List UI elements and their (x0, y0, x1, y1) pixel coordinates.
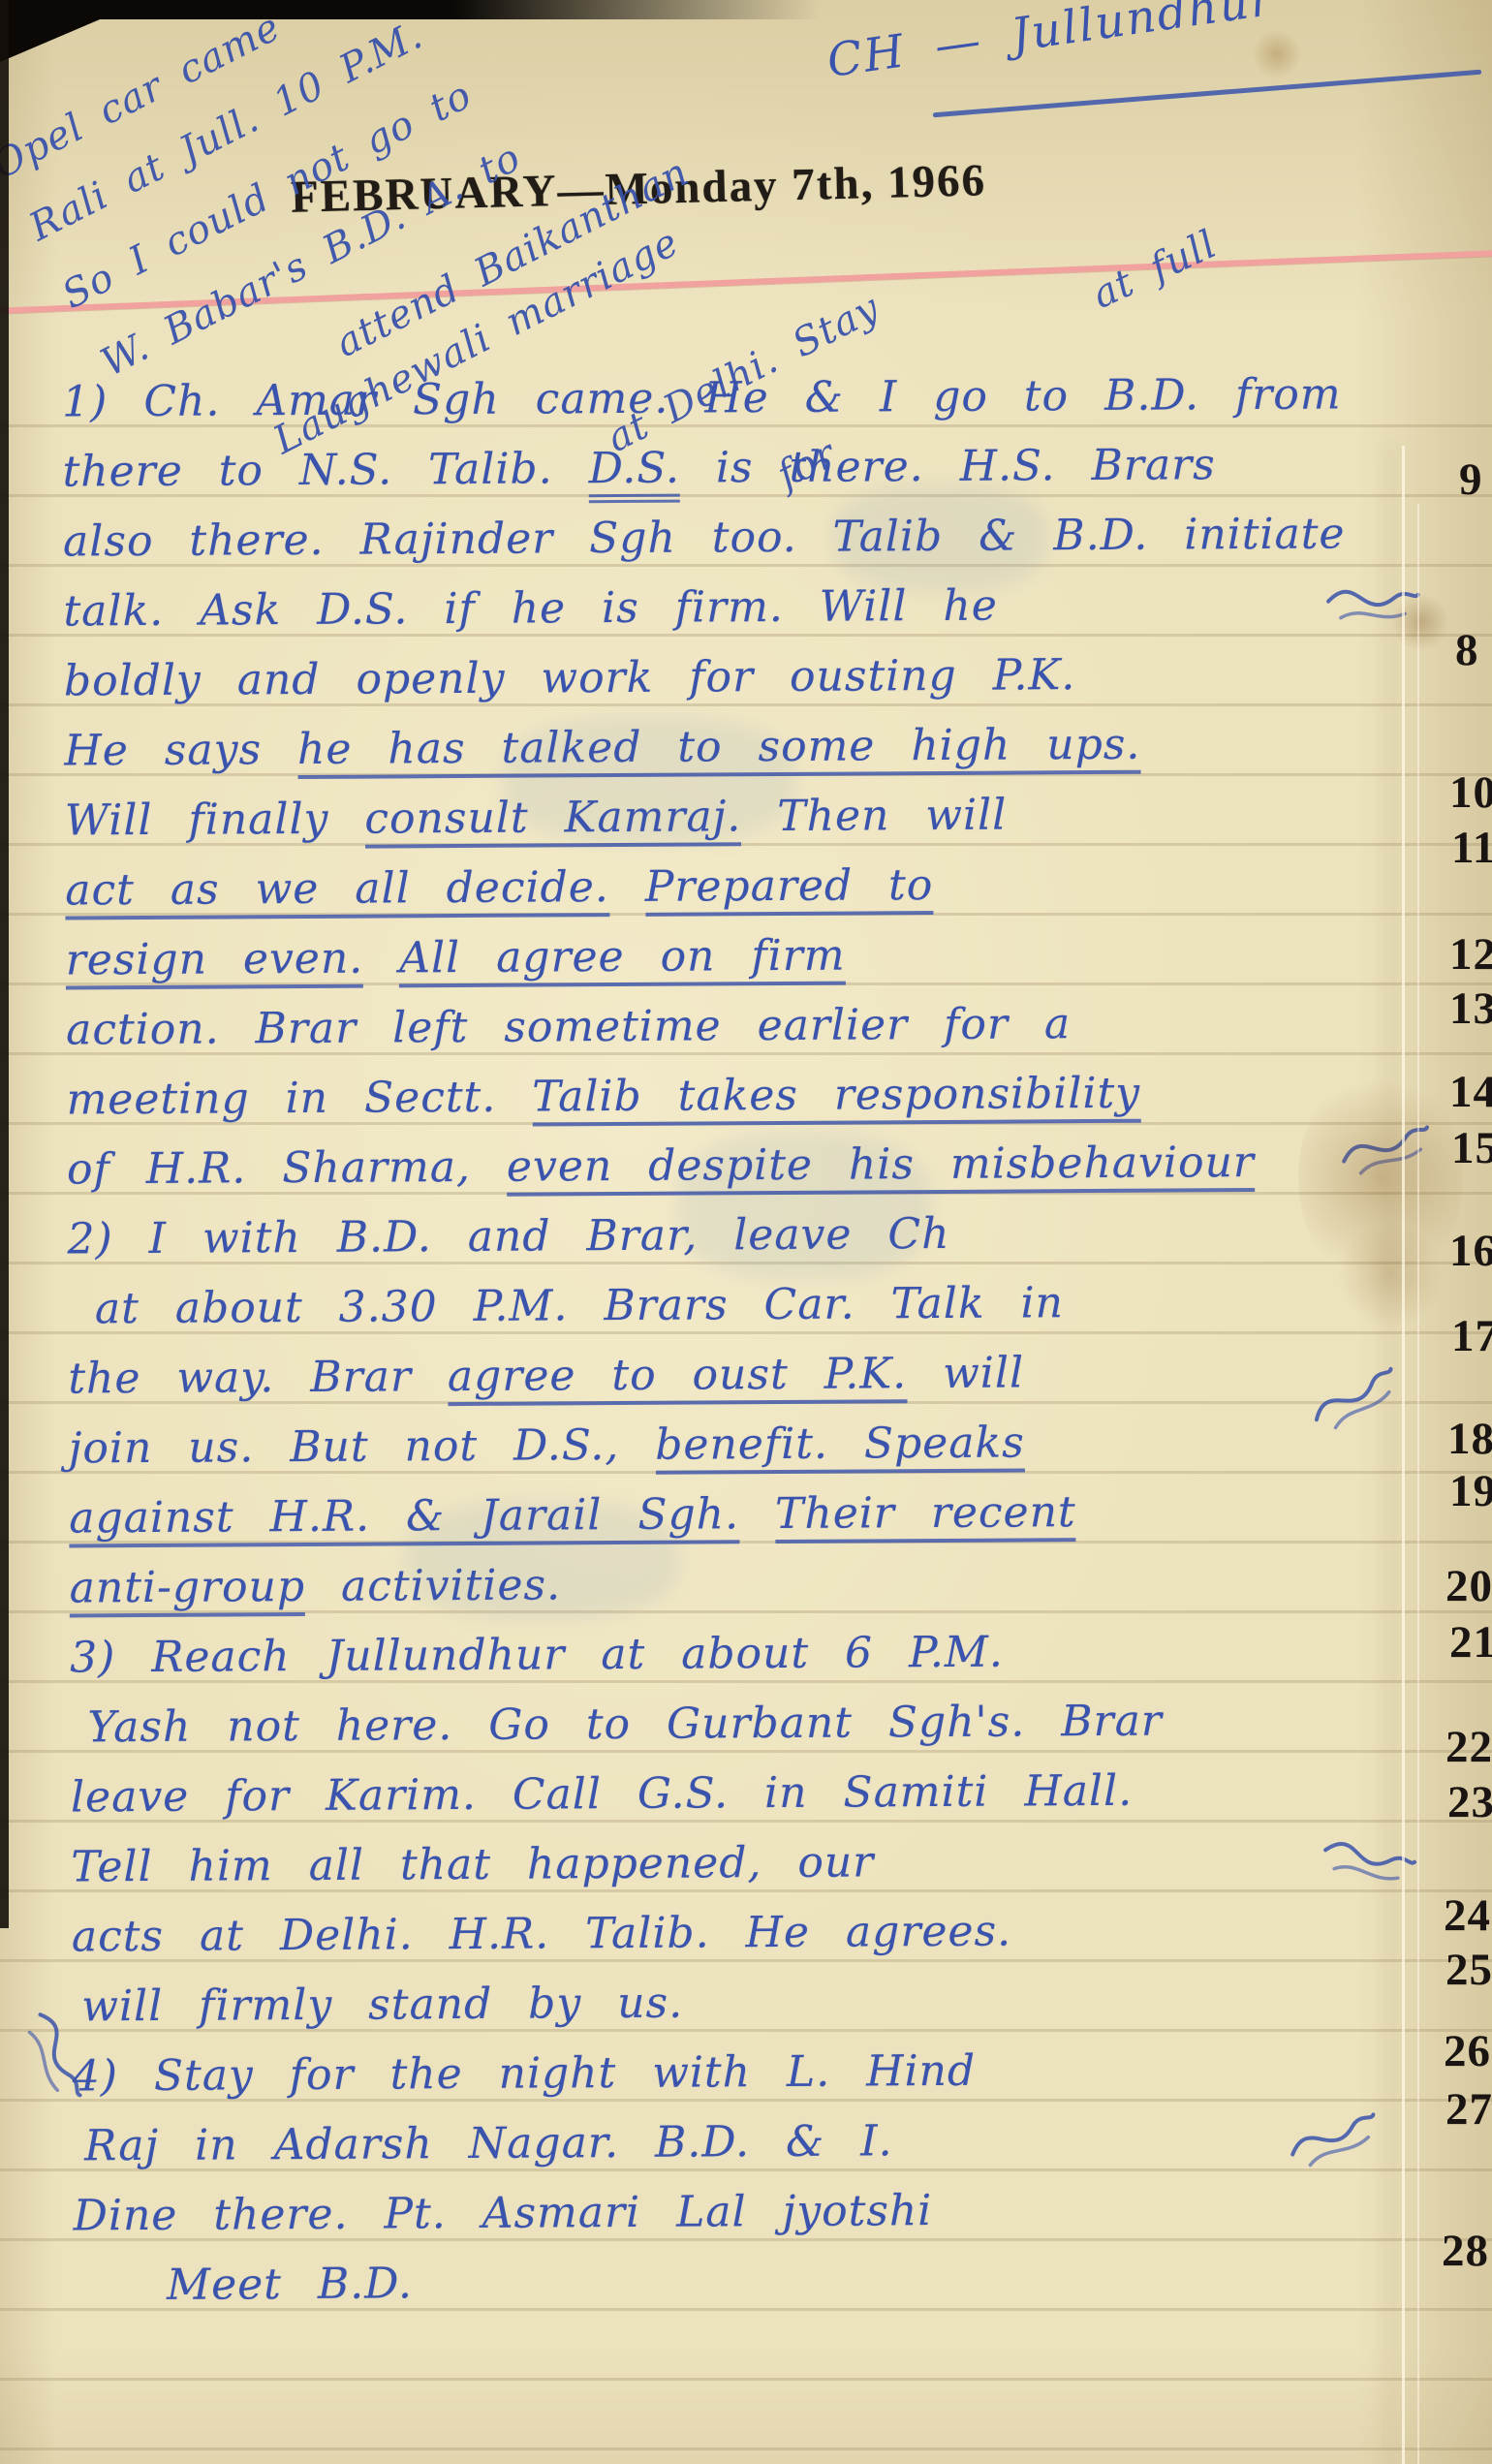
diary-line: 1) Ch. Amar Sgh came. He & I go to B.D. … (62, 362, 1342, 440)
page-edge-date: 25 (1445, 1948, 1492, 1993)
page-edge-date: 23 (1447, 1780, 1492, 1825)
diary-text: at about 3.30 P.M. Brars Car. Talk in (95, 1278, 1064, 1333)
diary-line: act as we all decide. Prepared to (65, 854, 933, 928)
page-edge-date: 9 (1459, 457, 1483, 503)
corner-note-underline (933, 70, 1482, 118)
diary-text: action. Brar left sometime earlier for a (66, 999, 1071, 1054)
diary-text: Their recent (775, 1487, 1076, 1544)
ink-scribble (1300, 1352, 1410, 1445)
diary-text: All agree on firm (399, 931, 846, 988)
diary-text: meeting in Sectt. (66, 1073, 496, 1125)
diary-line: meeting in Sectt. Talib takes responsibi… (66, 1062, 1140, 1138)
page-edge-date: 19 (1449, 1469, 1492, 1514)
diary-line: at about 3.30 P.M. Brars Car. Talk in (95, 1271, 1064, 1347)
diary-line: the way. Brar agree to oust P.K. will (68, 1341, 1024, 1417)
diary-line: acts at Delhi. H.R. Talib. He agrees. (72, 1900, 1012, 1976)
diary-text: he has talked to some high ups. (297, 720, 1141, 779)
page-edge-date: 28 (1442, 2229, 1489, 2274)
diary-text: will firmly stand by us. (81, 1979, 683, 2032)
diary-text: is there. H.S. Brars (716, 440, 1216, 492)
diary-line: boldly and openly work for ousting P.K. (64, 643, 1076, 719)
diary-text: there to N.S. Talib. (62, 444, 552, 496)
page-crease (1402, 446, 1405, 2464)
ink-scribble (1336, 1109, 1436, 1187)
diary-text: agree to oust P.K. (448, 1349, 908, 1406)
page-edge-date: 21 (1449, 1620, 1492, 1666)
diary-text: He says (64, 725, 262, 775)
diary-line: also there. Rajinder Sgh too. Talib & B.… (63, 502, 1346, 579)
diary-text: Prepared to (645, 860, 934, 917)
diary-text: boldly and openly work for ousting P.K. (64, 650, 1076, 705)
page-edge-date: 27 (1445, 2087, 1492, 2133)
page-edge-date: 8 (1455, 628, 1479, 673)
corner-note: CH — Jullundhur (824, 0, 1277, 88)
ink-scribble (1312, 1810, 1424, 1910)
diary-line: Will finally consult Kamraj. Then will (65, 784, 1008, 859)
page-edge-date: 15 (1451, 1126, 1492, 1171)
diary-text: of H.R. Sharma, (67, 1142, 471, 1195)
diary-text: Talib takes responsibility (532, 1069, 1140, 1127)
diary-text: anti-group (70, 1562, 306, 1617)
page-edge-date: 11 (1451, 826, 1492, 871)
scan-background-corner (0, 0, 145, 62)
paper-stain (1252, 29, 1302, 79)
diary-text: leave for Karim. Call G.S. in Samiti Hal… (71, 1766, 1133, 1823)
diary-text: also there. Rajinder Sgh too. Talib & B.… (63, 509, 1346, 566)
page-edge-date: 24 (1444, 1893, 1491, 1939)
diary-line: anti-group activities. (69, 1553, 561, 1626)
diary-text: the way. Brar (68, 1352, 412, 1403)
diary-text: Will finally (65, 795, 329, 846)
ink-scribble (1282, 2097, 1385, 2180)
diary-line: Dine there. Pt. Asmari Lal jyotshi (73, 2179, 932, 2254)
paper-stain (1337, 1221, 1444, 1327)
diary-scan-page: FEBRUARY—Monday 7th, 1966 CH — Jullundhu… (0, 0, 1492, 2464)
corner-note-text: CH — Jullundhur (824, 0, 1277, 88)
diary-text: 2) I with B.D. and Brar, leave Ch (67, 1209, 949, 1264)
diary-text: against H.R. & Jarail Sgh. (69, 1489, 739, 1547)
diary-line: leave for Karim. Call G.S. in Samiti Hal… (71, 1760, 1134, 1836)
page-edge-date: 14 (1449, 1070, 1492, 1115)
diary-text: 1) Ch. Amar Sgh came. He & I go to B.D. … (62, 369, 1342, 426)
diary-line: join us. But not D.S., benefit. Speaks (69, 1411, 1025, 1486)
diary-text: act as we all decide. (65, 862, 609, 920)
diary-text: Yash not here. Go to Gurbant Sgh's. Brar (87, 1697, 1163, 1753)
page-edge-date: 16 (1449, 1229, 1492, 1274)
diary-text: Raj in Adarsh Nagar. B.D. & I. (84, 2116, 893, 2170)
diary-text: acts at Delhi. H.R. Talib. He agrees. (72, 1907, 1011, 1962)
diary-text: even despite his misbehaviour (507, 1138, 1255, 1197)
diary-line: action. Brar left sometime earlier for a (66, 992, 1071, 1068)
diary-text: benefit. Speaks (655, 1418, 1025, 1474)
diary-line: Raj in Adarsh Nagar. B.D. & I. (84, 2109, 893, 2184)
diary-line: 2) I with B.D. and Brar, leave Ch (67, 1202, 949, 1278)
diary-text: 4) Stay for the night with L. Hind (73, 2046, 977, 2102)
diary-text: resign even. (66, 934, 364, 990)
diary-line: 4) Stay for the night with L. Hind (73, 2040, 977, 2115)
diary-line: will firmly stand by us. (81, 1972, 683, 2045)
diary-text: Tell him all that happened, our (71, 1837, 874, 1891)
page-edge-date: 12 (1449, 932, 1492, 978)
page-crease (1417, 504, 1419, 2464)
diary-line: of H.R. Sharma, even despite his misbeha… (67, 1131, 1255, 1207)
diary-line: talk. Ask D.S. if he is firm. Will he (63, 575, 998, 650)
diary-line: resign even. All agree on firm (66, 924, 846, 999)
diary-text: activities. (341, 1560, 561, 1610)
diary-text: Then will (777, 791, 1007, 841)
page-edge-date: 18 (1447, 1417, 1492, 1462)
diagonal-note: at full (1086, 222, 1225, 318)
diary-line: Tell him all that happened, our (71, 1830, 874, 1905)
page-edge-date: 10 (1449, 770, 1492, 816)
diary-line: Yash not here. Go to Gurbant Sgh's. Brar (87, 1690, 1163, 1766)
diary-text: 3) Reach Jullundhur at about 6 P.M. (70, 1628, 1004, 1683)
page-edge-date: 13 (1449, 986, 1492, 1032)
diary-text: consult Kamraj. (364, 792, 741, 848)
diary-text: talk. Ask D.S. if he is firm. Will he (63, 581, 998, 637)
page-edge-date: 26 (1444, 2029, 1491, 2074)
diary-line: against H.R. & Jarail Sgh. Their recent (69, 1481, 1076, 1556)
diary-line: there to N.S. Talib. D.S. is there. H.S.… (62, 433, 1216, 510)
diary-text: Meet B.D. (167, 2259, 413, 2310)
page-edge-date: 22 (1445, 1725, 1492, 1770)
page-edge-date: 17 (1451, 1314, 1492, 1359)
diary-text: D.S. (588, 444, 680, 504)
diary-text: join us. But not D.S., (69, 1420, 620, 1473)
ink-scribble (1320, 559, 1424, 644)
book-binding-edge (0, 0, 9, 1928)
diary-text: will (943, 1348, 1024, 1398)
diary-line: 3) Reach Jullundhur at about 6 P.M. (70, 1621, 1004, 1697)
diary-text: Dine there. Pt. Asmari Lal jyotshi (73, 2186, 932, 2240)
page-edge-date: 20 (1445, 1564, 1492, 1609)
diary-line: Meet B.D. (167, 2252, 413, 2324)
diary-line: He says he has talked to some high ups. (64, 713, 1140, 790)
